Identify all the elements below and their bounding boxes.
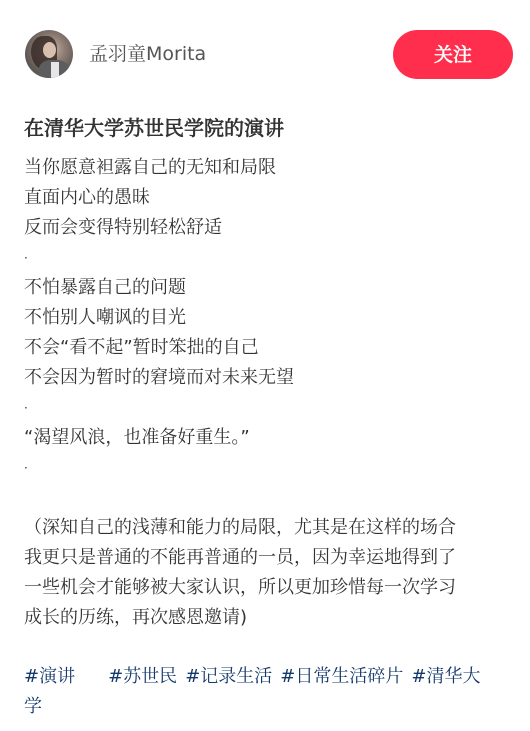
hashtag-tsinghua[interactable]: #清华大: [411, 666, 480, 687]
avatar-shirt: [51, 62, 59, 78]
hashtag-record-life[interactable]: #记录生活: [185, 666, 272, 687]
hashtag-list: #演讲#苏世民#记录生活#日常生活碎片#清华大 学: [24, 662, 514, 722]
body-line: 反而会变得特别轻松舒适: [24, 213, 514, 243]
body-line: 不会“看不起”暂时笨拙的自己: [24, 333, 514, 363]
body-line: 不怕别人嘲讽的目光: [24, 303, 514, 333]
post-header: 孟羽童Morita 关注: [0, 0, 530, 108]
follow-button[interactable]: 关注: [393, 30, 513, 79]
body-line: 不怕暴露自己的问题: [24, 273, 514, 303]
avatar-face: [43, 42, 56, 58]
username[interactable]: 孟羽童Morita: [89, 41, 206, 67]
body-line: 直面内心的愚昧: [24, 183, 514, 213]
post-paragraph: （深知自己的浅薄和能力的局限，尤其是在这样的场合 我更只是普通的不能再普通的一员…: [24, 513, 510, 633]
separator-dot: ·: [24, 393, 514, 423]
hashtag-tsinghua-continued[interactable]: 学: [24, 696, 42, 717]
hashtag-row: 学: [24, 692, 514, 722]
hashtag-schwarzman[interactable]: #苏世民: [108, 666, 177, 687]
separator-dot: ·: [24, 453, 514, 483]
paragraph-line: 成长的历练，再次感恩邀请): [24, 603, 510, 633]
separator-dot: ·: [24, 243, 514, 273]
paragraph-line: 一些机会才能够被大家认识，所以更加珍惜每一次学习: [24, 573, 510, 603]
avatar[interactable]: [25, 30, 73, 78]
quote-line: “渴望风浪，也准备好重生。”: [24, 423, 514, 453]
hashtag-row: #演讲#苏世民#记录生活#日常生活碎片#清华大: [24, 662, 514, 692]
body-line: 不会因为暂时的窘境而对未来无望: [24, 363, 514, 393]
paragraph-line: 我更只是普通的不能再普通的一员，因为幸运地得到了: [24, 543, 510, 573]
body-line: 当你愿意袒露自己的无知和局限: [24, 153, 514, 183]
hashtag-speech[interactable]: #演讲: [24, 666, 75, 687]
paragraph-line: （深知自己的浅薄和能力的局限，尤其是在这样的场合: [24, 513, 510, 543]
hashtag-daily-life[interactable]: #日常生活碎片: [280, 666, 403, 687]
post-body: 当你愿意袒露自己的无知和局限 直面内心的愚昧 反而会变得特别轻松舒适 · 不怕暴…: [24, 153, 514, 483]
post-title: 在清华大学苏世民学院的演讲: [24, 114, 284, 142]
